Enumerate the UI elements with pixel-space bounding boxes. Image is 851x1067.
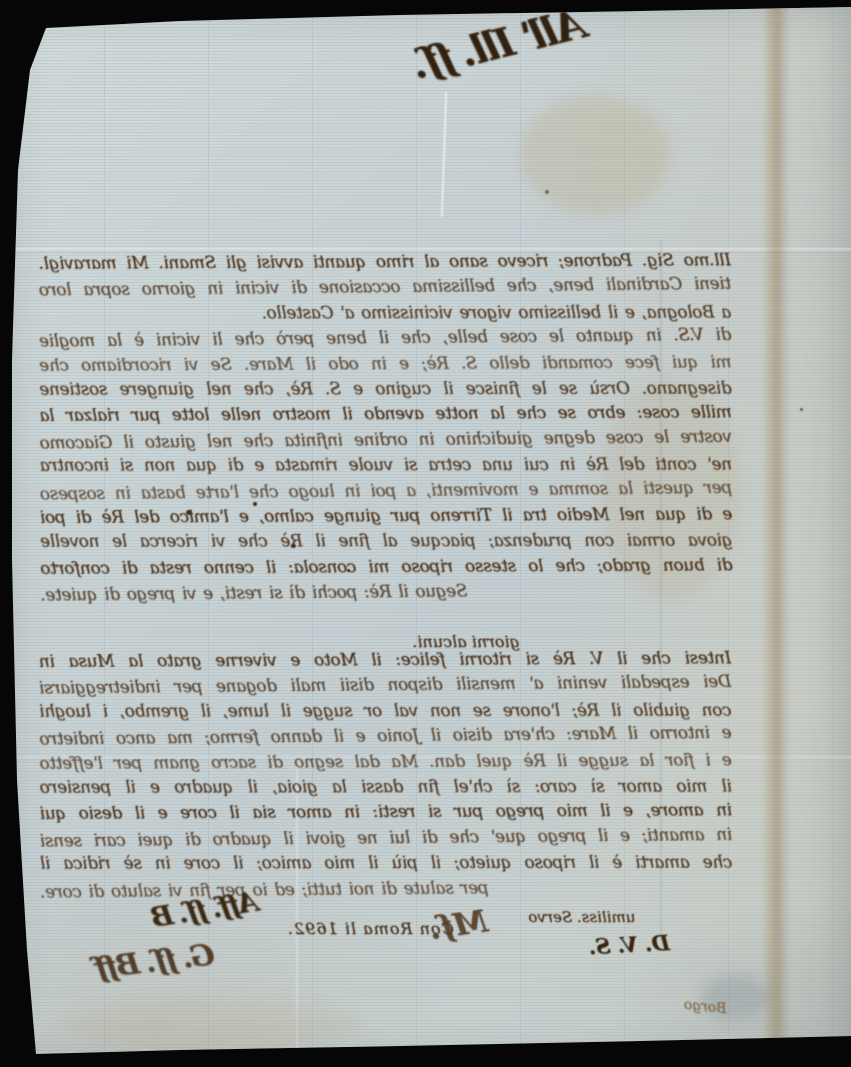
ink-speck xyxy=(800,408,803,411)
valediction: umiliss. Servo xyxy=(492,908,672,926)
stain xyxy=(520,95,670,215)
paragraph-2: Intesi che il V. Rè si ritorni felice: i… xyxy=(39,648,732,906)
script-line: mi qui fece comandi dello S. Rè; e in od… xyxy=(40,352,732,381)
script-line: il mio amor sì caro: sì ch'el fin dassi … xyxy=(40,776,732,803)
vertical-fold-stain xyxy=(762,6,790,1052)
paraph-flourish: Mſ. xyxy=(386,903,490,953)
script-line: che amarti è il riposo quieto; il più il… xyxy=(40,853,732,880)
stain xyxy=(60,1000,360,1050)
script-line: per salute di noi tutti; ed io per fin v… xyxy=(40,875,732,907)
script-line: e i fior la sugge il Rè quel dan. Ma dal… xyxy=(40,750,732,779)
script-line: disegnano. Orsù se le finisce il cugino … xyxy=(40,378,732,405)
paragraph-1: Ill.mo Sig. Padrone; ricevo sano al rimo… xyxy=(39,250,733,609)
signature-flourish-lower: G. ſſ. Bff xyxy=(29,937,217,993)
paper-sheet: All' Ill. ſſ. Ill.mo Sig. Padrone; ricev… xyxy=(0,0,851,1067)
script-line: Dei espedali venini a' mensili dispon di… xyxy=(39,672,731,704)
script-line: giova ormai con prudenza; piacque al fin… xyxy=(41,531,733,558)
ink-speck xyxy=(545,190,549,194)
scratch-mark xyxy=(441,92,447,217)
script-line: ne' conti del Rè in cui una cetra si vuo… xyxy=(40,455,732,482)
respects-initials: D. V. S. xyxy=(514,930,670,963)
script-line: Seguo il Rè: pochi dì si resti, e vi pre… xyxy=(41,579,733,611)
paragraph-1-fragment: giorni alcuni. xyxy=(420,632,520,651)
script-line: tieni Cardinali bene, che bellissima occ… xyxy=(39,274,731,306)
address-showthrough: All' Ill. ſſ. xyxy=(399,0,590,90)
letter-scan: All' Ill. ſſ. Ill.mo Sig. Padrone; ricev… xyxy=(0,0,851,1067)
